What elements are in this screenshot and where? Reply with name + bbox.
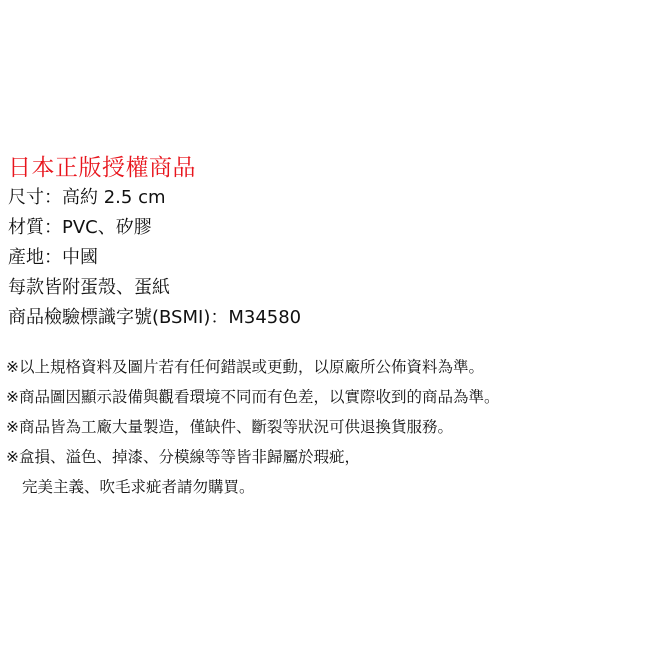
- note-color-difference: ※商品圖因顯示設備與觀看環境不同而有色差，以實際收到的商品為準。: [6, 382, 500, 412]
- note-return-policy: ※商品皆為工廠大量製造，僅缺件、斷裂等狀況可供退換貨服務。: [6, 412, 500, 442]
- note-defects: ※盒損、溢色、掉漆、分模線等等皆非歸屬於瑕疵，: [6, 442, 500, 472]
- spec-accessories: 每款皆附蛋殼、蛋紙: [8, 273, 301, 303]
- spec-size: 尺寸：高約 2.5 cm: [8, 183, 301, 213]
- spec-bsmi: 商品檢驗標識字號(BSMI)：M34580: [8, 303, 301, 333]
- disclaimer-notes: ※以上規格資料及圖片若有任何錯誤或更動，以原廠所公佈資料為準。 ※商品圖因顯示設…: [6, 352, 500, 502]
- product-spec-block: 日本正版授權商品 尺寸：高約 2.5 cm 材質：PVC、矽膠 產地：中國 每款…: [8, 153, 301, 333]
- product-title: 日本正版授權商品: [8, 153, 301, 183]
- note-perfectionist: 完美主義、吹毛求疵者請勿購買。: [6, 472, 500, 502]
- spec-material: 材質：PVC、矽膠: [8, 213, 301, 243]
- note-spec-changes: ※以上規格資料及圖片若有任何錯誤或更動，以原廠所公佈資料為準。: [6, 352, 500, 382]
- spec-origin: 產地：中國: [8, 243, 301, 273]
